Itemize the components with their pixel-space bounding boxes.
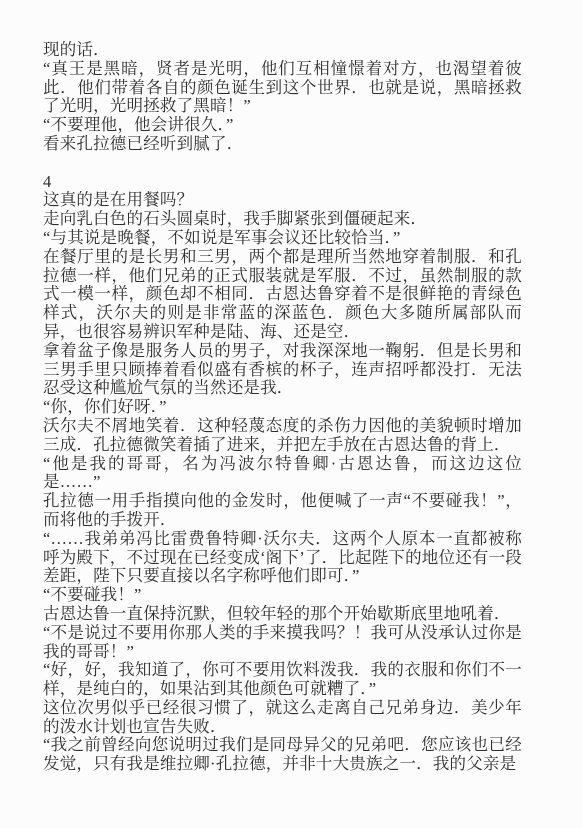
dialogue-paragraph: “我之前曾经向您说明过我们是同母异父的兄弟吧．您应该也已经发觉，只有我是维拉卿·… [43, 736, 522, 774]
novel-page: 现的话．“真王是黑暗，贤者是光明，他们互相憧憬着对方，也渴望着彼此．他们带着各自… [0, 0, 583, 828]
dialogue-paragraph: “不是说过不要用你那人类的手来摸我吗？！我可从没承认过你是我的哥哥！” [43, 624, 522, 662]
body-paragraph: 沃尔夫不屑地笑着．这种轻蔑态度的杀伤力因他的美貌顿时增加三成．孔拉德微笑着插了进… [43, 417, 522, 455]
body-paragraph: 这位次男似乎已经很习惯了，就这么走离自己兄弟身边．美少年的泼水计划也宣告失败． [43, 699, 522, 737]
body-paragraph: 看来孔拉德已经听到腻了． [43, 135, 522, 154]
dialogue-paragraph: “……我弟弟冯比雷费鲁特卿·沃尔夫．这两个人原本一直都被称呼为殿下，不过现在已经… [43, 530, 522, 586]
body-paragraph: 古恩达鲁一直保持沉默，但较年轻的那个开始歇斯底里地吼着． [43, 605, 522, 624]
body-paragraph: 现的话． [43, 41, 522, 60]
dialogue-paragraph: “不要理他，他会讲很久．” [43, 116, 522, 135]
body-paragraph: 走向乳白色的石头圆桌时，我手脚紧张到僵硬起来． [43, 210, 522, 229]
body-paragraph: 孔拉德一用手指摸向他的金发时，他便喊了一声“不要碰我！”，而将他的手拨开． [43, 492, 522, 530]
body-paragraph: 拿着盆子像是服务人员的男子，对我深深地一鞠躬．但是长男和三男手里只顾捧着看似盛有… [43, 342, 522, 398]
text-block: 现的话．“真王是黑暗，贤者是光明，他们互相憧憬着对方，也渴望着彼此．他们带着各自… [43, 41, 522, 774]
dialogue-paragraph: “真王是黑暗，贤者是光明，他们互相憧憬着对方，也渴望着彼此．他们带着各自的颜色诞… [43, 60, 522, 116]
dialogue-paragraph: “不要碰我！” [43, 586, 522, 605]
dialogue-paragraph: “你，你们好呀．” [43, 398, 522, 417]
body-paragraph: 在餐厅里的是长男和三男，两个都是理所当然地穿着制服．和孔拉德一样，他们兄弟的正式… [43, 248, 522, 342]
chapter-number: 4 [43, 173, 522, 192]
body-paragraph: 这真的是在用餐吗？ [43, 191, 522, 210]
dialogue-paragraph: “他是我的哥哥，名为冯波尔特鲁卿·古恩达鲁，而这边这位是……” [43, 455, 522, 493]
dialogue-paragraph: “好，好，我知道了，你可不要用饮料泼我．我的衣服和你们不一样，是纯白的，如果沾到… [43, 661, 522, 699]
dialogue-paragraph: “与其说是晚餐，不如说是军事会议还比较恰当．” [43, 229, 522, 248]
